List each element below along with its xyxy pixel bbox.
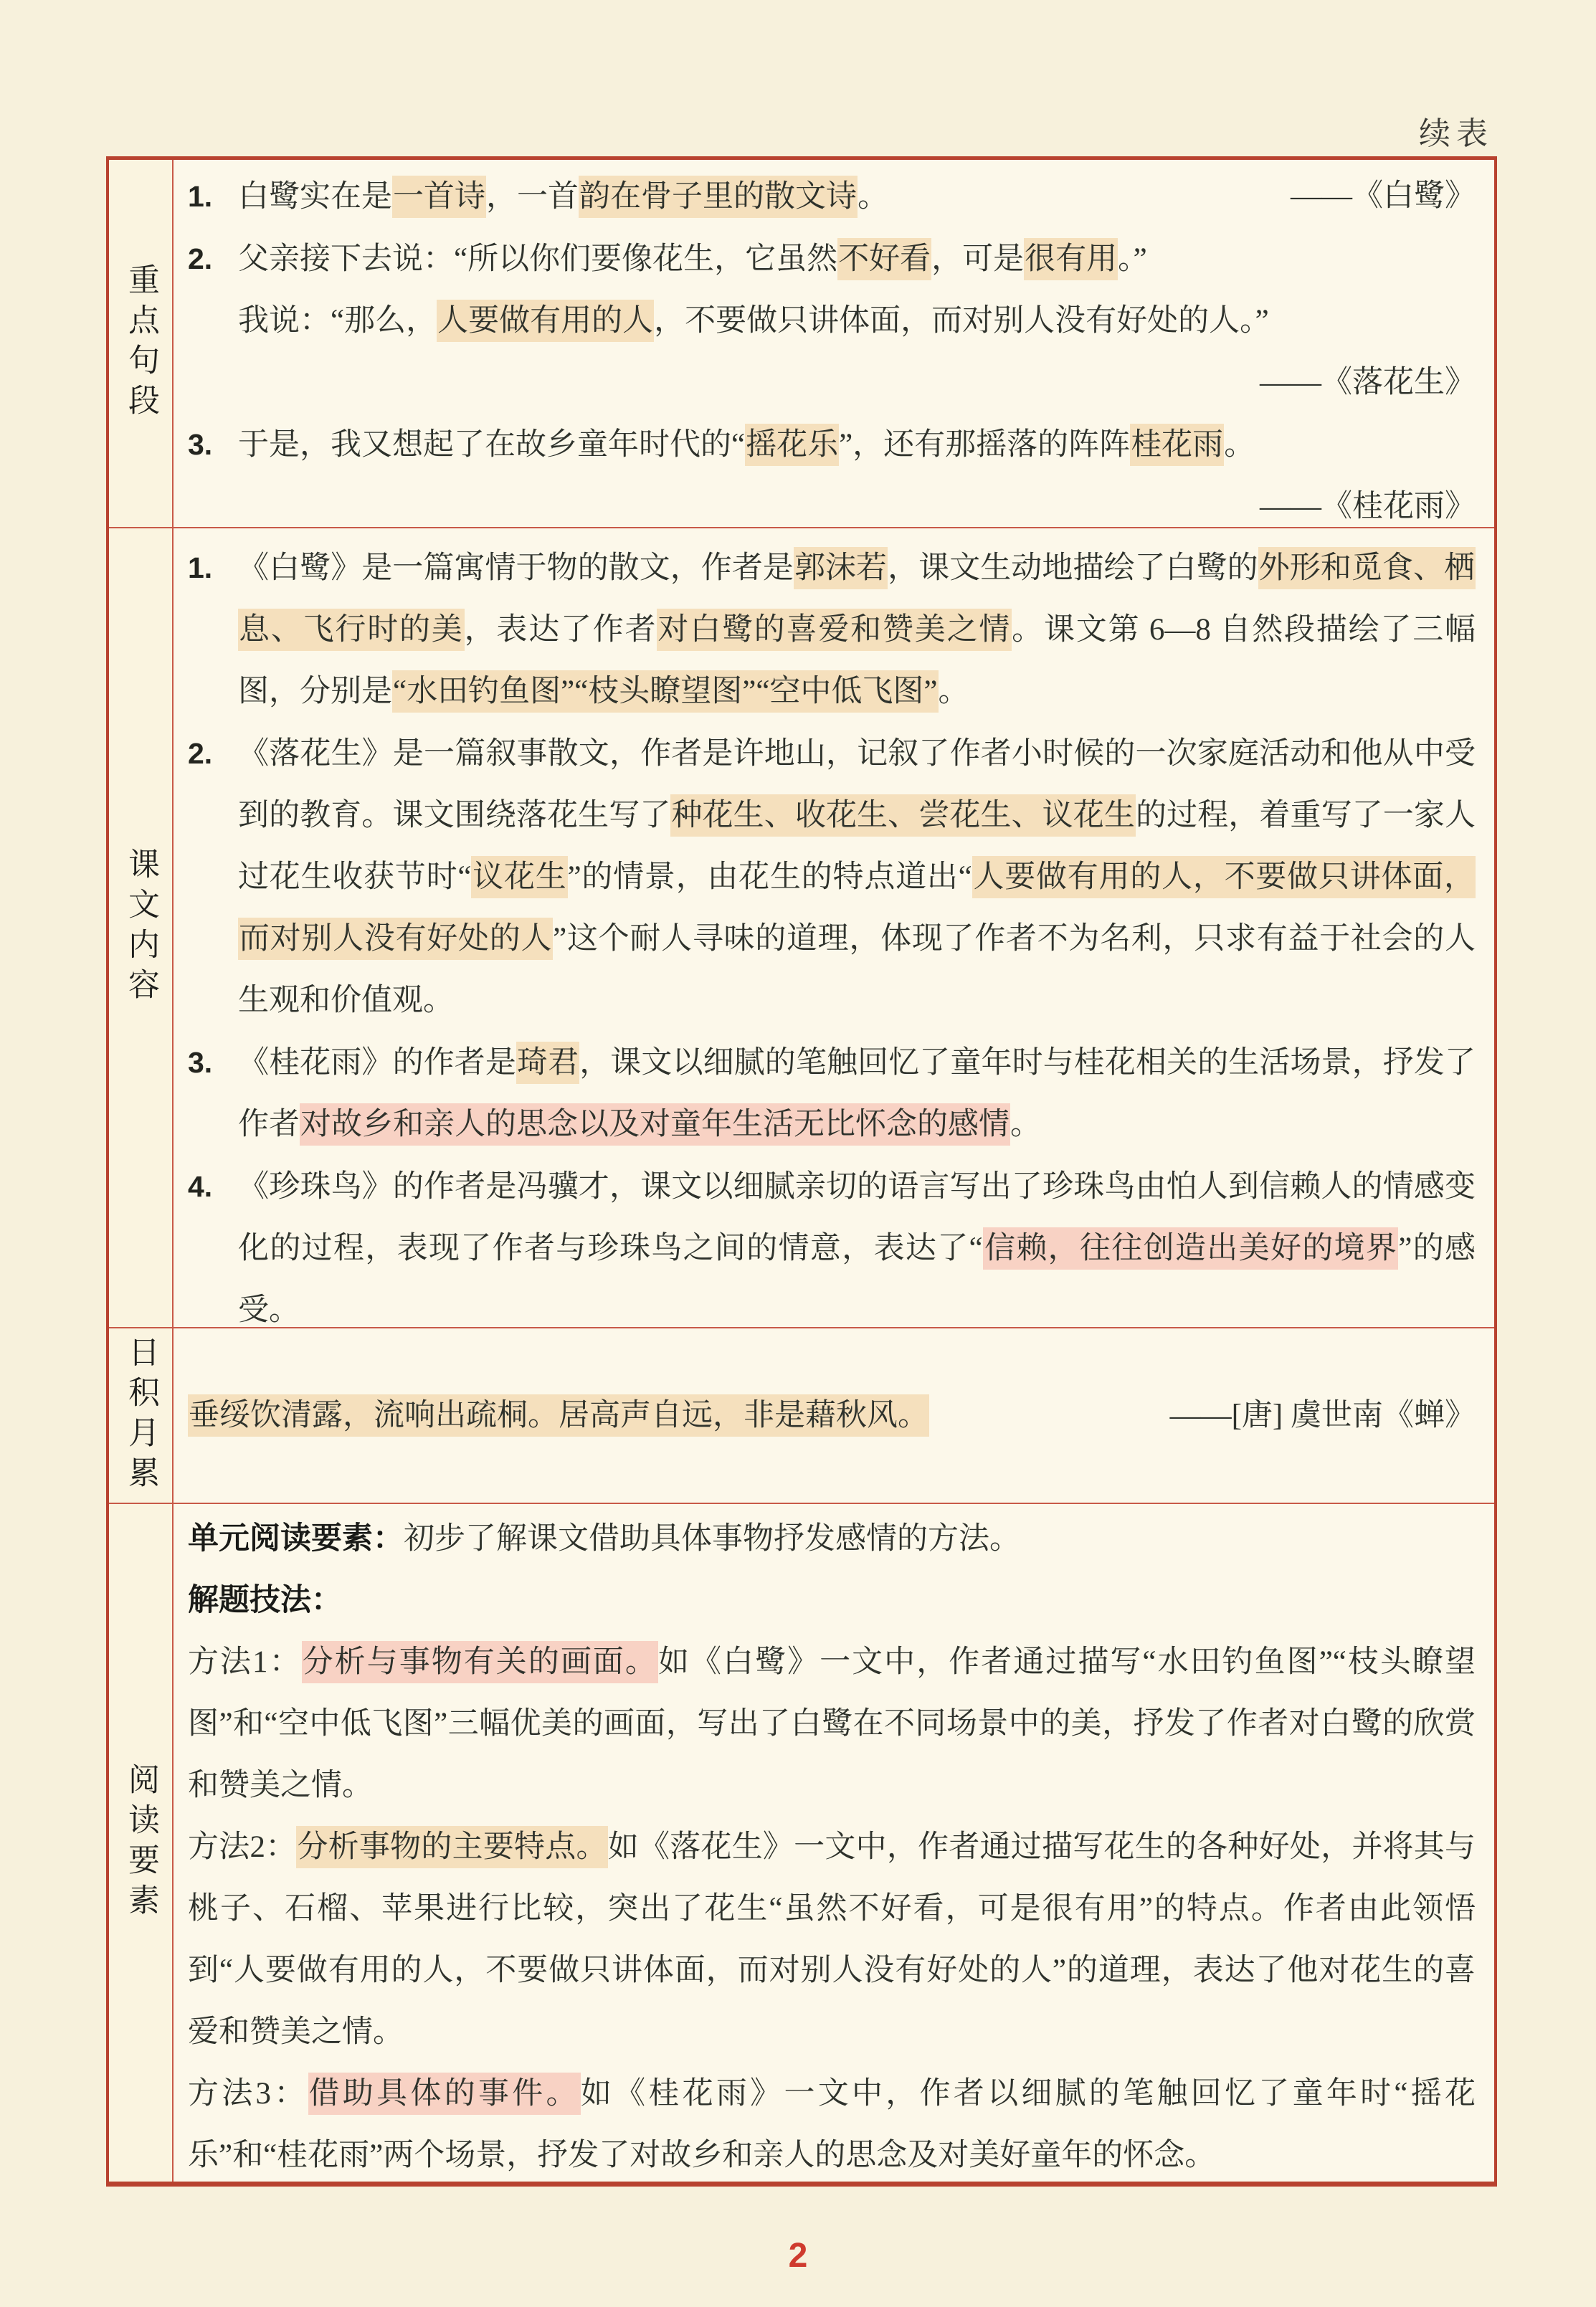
text-run: 《白鹭》是一篇寓情于物的散文，作者是 [238,551,794,585]
text-run: 单元阅读要素： [188,1522,404,1556]
paragraph: 2.《落花生》是一篇叙事散文，作者是许地山，记叙了作者小时候的一次家庭活动和他从… [188,723,1476,1032]
highlight-run: 垂绥饮清露，流响出疏桐。居高声自远，非是藉秋风。 [188,1394,929,1437]
text-run: 。 [1010,1108,1041,1141]
table-row: 阅读要素单元阅读要素：初步了解课文借助具体事物抒发感情的方法。解题技法：方法1：… [109,1503,1494,2182]
text-run: ——《桂花雨》 [1260,490,1476,523]
highlight-run: 一首诗 [392,176,486,218]
text-run: 《桂花雨》的作者是 [238,1046,516,1080]
paragraph: 3.《桂花雨》的作者是琦君，课文以细腻的笔触回忆了童年时与桂花相关的生活场景，抒… [188,1032,1476,1156]
text-run: ，一首 [486,180,579,214]
text-run: 方法2： [188,1830,296,1864]
text-run: 方法3： [188,2077,308,2111]
text-run: 。 [1224,428,1255,462]
highlight-run: 分析事物的主要特点。 [296,1826,607,1868]
continued-table-label: 续表 [1419,108,1493,153]
study-summary-table: 重点句段——《白鹭》1.白鹭实在是一首诗，一首韵在骨子里的散文诗。2.父亲接下去… [106,156,1497,2187]
row-label-cell: 日积月累 [109,1328,174,1503]
row-label: 课文内容 [118,847,163,1008]
highlight-run: “水田钓鱼图”“枝头瞭望图”“空中低飞图” [392,670,939,713]
text-run: 初步了解课文借助具体事物抒发感情的方法。 [404,1522,1020,1556]
paragraph: 方法2：分析事物的主要特点。如《落花生》一文中，作者通过描写花生的各种好处，并将… [188,1817,1476,2063]
highlight-run: 很有用 [1024,238,1118,280]
highlight-run: 不好看 [837,238,931,280]
paragraph: 解题技法： [188,1570,1476,1632]
highlight-run: 借助具体的事件。 [308,2073,581,2115]
row-content: ——《白鹭》1.白鹭实在是一首诗，一首韵在骨子里的散文诗。2.父亲接下去说：“所… [174,160,1494,527]
row-label: 阅读要素 [118,1763,163,1923]
page-number: 2 [789,2236,808,2275]
highlight-run: 对白鹭的喜爱和赞美之情 [657,609,1012,651]
row-label: 重点句段 [118,263,163,424]
item-number: 2. [188,228,238,290]
attribution-line: ——《桂花雨》 [188,476,1476,527]
text-run: ”的情景，由花生的特点道出“ [568,860,972,894]
attribution: ——《白鹭》 [1341,166,1476,227]
row-label: 日积月累 [118,1336,163,1496]
text-run: ，表达了作者 [465,613,657,647]
paragraph: ——[唐] 虞世南《蝉》垂绥饮清露，流响出疏桐。居高声自远，非是藉秋风。 [188,1385,1476,1447]
row-label-cell: 阅读要素 [109,1504,174,2182]
text-run: ——《落花生》 [1260,366,1476,399]
row-content: ——[唐] 虞世南《蝉》垂绥饮清露，流响出疏桐。居高声自远，非是藉秋风。 [174,1328,1494,1503]
text-run: 。 [939,675,969,708]
paragraph: 2.父亲接下去说：“所以你们要像花生，它虽然不好看，可是很有用。” [188,228,1476,290]
paragraph: ——《白鹭》1.白鹭实在是一首诗，一首韵在骨子里的散文诗。 [188,166,1476,228]
item-number: 1. [188,537,238,599]
row-content: 1.《白鹭》是一篇寓情于物的散文，作者是郭沫若，课文生动地描绘了白鹭的外形和觅食… [174,528,1494,1327]
paragraph: 我说：“那么，人要做有用的人，不要做只讲体面，而对别人没有好处的人。” [188,290,1476,352]
text-run: ，可是 [931,242,1024,276]
text-run: ”，还有那摇落的阵阵 [839,428,1130,462]
paragraph: 4.《珍珠鸟》的作者是冯骥才，课文以细腻亲切的语言写出了珍珠鸟由怕人到信赖人的情… [188,1156,1476,1327]
highlight-run: 韵在骨子里的散文诗 [579,176,858,218]
text-run: 父亲接下去说：“所以你们要像花生，它虽然 [238,242,837,276]
row-label-cell: 重点句段 [109,160,174,527]
highlight-run: 摇花乐 [745,424,839,466]
paragraph: 方法1：分析与事物有关的画面。如《白鹭》一文中，作者通过描写“水田钓鱼图”“枝头… [188,1632,1476,1817]
highlight-run: 郭沫若 [794,547,888,589]
text-run: 我说：“那么， [238,304,437,338]
highlight-run: 对故乡和亲人的思念以及对童年生活无比怀念的感情 [300,1103,1010,1146]
attribution: ——[唐] 虞世南《蝉》 [1170,1385,1476,1447]
paragraph: 1.《白鹭》是一篇寓情于物的散文，作者是郭沫若，课文生动地描绘了白鹭的外形和觅食… [188,537,1476,723]
item-number: 3. [188,1032,238,1093]
highlight-run: 种花生、收花生、尝花生、议花生 [670,794,1136,837]
text-run: 方法1： [188,1645,302,1679]
paragraph: 方法3：借助具体的事件。如《桂花雨》一文中，作者以细腻的笔触回忆了童年时“摇花乐… [188,2063,1476,2182]
table-row: 日积月累——[唐] 虞世南《蝉》垂绥饮清露，流响出疏桐。居高声自远，非是藉秋风。 [109,1327,1494,1503]
text-run: 白鹭实在是 [238,180,392,214]
table-row: 课文内容1.《白鹭》是一篇寓情于物的散文，作者是郭沫若，课文生动地描绘了白鹭的外… [109,527,1494,1327]
item-number: 3. [188,414,238,475]
highlight-run: 琦君 [516,1042,579,1084]
text-run: 。” [1118,242,1147,276]
text-run: 。 [858,180,888,214]
highlight-run: 人要做有用的人 [437,300,654,342]
text-run: ，课文生动地描绘了白鹭的 [888,551,1258,585]
paragraph: 3.于是，我又想起了在故乡童年时代的“摇花乐”，还有那摇落的阵阵桂花雨。 [188,414,1476,476]
text-run: ，不要做只讲体面，而对别人没有好处的人。” [654,304,1269,338]
item-number: 2. [188,723,238,784]
paragraph: 单元阅读要素：初步了解课文借助具体事物抒发感情的方法。 [188,1508,1476,1570]
highlight-run: 桂花雨 [1130,424,1224,466]
item-number: 1. [188,166,238,227]
highlight-run: 分析与事物有关的画面。 [302,1641,658,1683]
highlight-run: 议花生 [471,856,567,898]
text-run: 于是，我又想起了在故乡童年时代的“ [238,428,745,462]
attribution-line: ——《落花生》 [188,352,1476,414]
row-label-cell: 课文内容 [109,528,174,1327]
row-content: 单元阅读要素：初步了解课文借助具体事物抒发感情的方法。解题技法：方法1：分析与事… [174,1504,1494,2182]
table-row: 重点句段——《白鹭》1.白鹭实在是一首诗，一首韵在骨子里的散文诗。2.父亲接下去… [109,160,1494,527]
text-run: 解题技法： [188,1584,342,1617]
highlight-run: 信赖，往往创造出美好的境界 [983,1227,1399,1270]
item-number: 4. [188,1156,238,1217]
